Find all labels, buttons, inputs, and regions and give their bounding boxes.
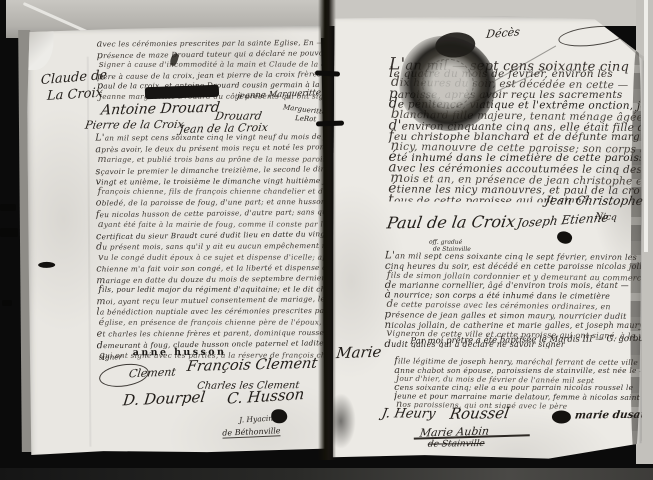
handwriting-line: de cette paroisse avec les cérémonies or… — [387, 298, 641, 311]
binding-stitch — [316, 121, 344, 127]
background-bottom-strip — [0, 468, 653, 480]
page-curl — [27, 27, 54, 70]
handwriting-line: cens soixante cinq; elle a eu pour parra… — [394, 383, 640, 392]
signature: Clement — [128, 365, 177, 380]
signature: Joseph Etienne — [516, 210, 610, 230]
paper-edge-highlight — [644, 0, 648, 252]
handwriting-line: fille légitime de joseph henry, maréchal… — [394, 355, 640, 365]
book-spine-gutter — [318, 0, 336, 460]
margin-name: Marie — [335, 343, 382, 362]
signature: C. Husson — [226, 385, 305, 408]
ink-blot — [38, 262, 55, 268]
handwriting-line: père à cause de la croix, jean et pierre… — [97, 68, 325, 82]
margin-name: La Croix — [47, 86, 104, 104]
pen-flourish — [557, 23, 627, 50]
signature: marie dusaul — [574, 409, 653, 422]
signature: anne husson — [133, 347, 227, 359]
signature: Pierre de la Croix — [84, 118, 185, 132]
marginal-annotation: LeRot — [295, 114, 317, 123]
handwriting-line: église, en présence de françois chienne … — [99, 317, 329, 328]
left-page: avec les cérémonies prescrites par la sa… — [27, 25, 326, 455]
handwriting-line: été inhumé dans le cimetière de cette pa… — [389, 150, 641, 161]
signature: François Clement — [186, 356, 319, 375]
page-crease — [87, 57, 92, 447]
binding-thread-mark — [0, 204, 16, 211]
signature: J. Heury — [381, 406, 437, 421]
crossed-out-signature: de Stainville — [427, 439, 485, 450]
signature: Paul de la Croix — [386, 212, 517, 232]
signature: Antoine Drouard — [100, 100, 221, 119]
handwriting-line: mois et an, en présence de jean christop… — [390, 169, 641, 182]
handwriting-line: signer — [99, 352, 122, 361]
signature: de Béthonville — [222, 426, 281, 438]
signature: D. Dourpel — [122, 388, 206, 410]
signature: Jean Christophe — [544, 193, 644, 208]
handwriting-line: vu le congé dudit époux à ce sujet et di… — [98, 251, 329, 262]
signature: Roussel — [448, 404, 510, 423]
ink-scribble — [145, 85, 219, 99]
ink-blot — [555, 229, 573, 245]
handwriting-line: françois chienne, fils de françois chien… — [98, 186, 329, 197]
handwriting-line: de marianne cornellier, âgé d'environ tr… — [385, 280, 641, 290]
binding-thread-mark — [0, 228, 18, 237]
ink-blot — [552, 410, 571, 423]
binding-thread-mark — [2, 300, 12, 306]
handwriting-line: L'an mil sept cens soixante cinq le sept… — [385, 249, 641, 260]
marriage-act-body-lines: L'an mil sept cens soixante cinq le ving… — [95, 131, 329, 361]
baptism-act-lines: fille légitime de joseph henry, maréchal… — [394, 355, 640, 409]
act-header-word: Décès — [485, 25, 520, 41]
register-scan: avec les cérémonies prescrites par la sa… — [0, 0, 653, 480]
right-page: Décès L'an mil — sept cens soixante cinq… — [332, 15, 645, 461]
ink-blot — [271, 409, 287, 423]
